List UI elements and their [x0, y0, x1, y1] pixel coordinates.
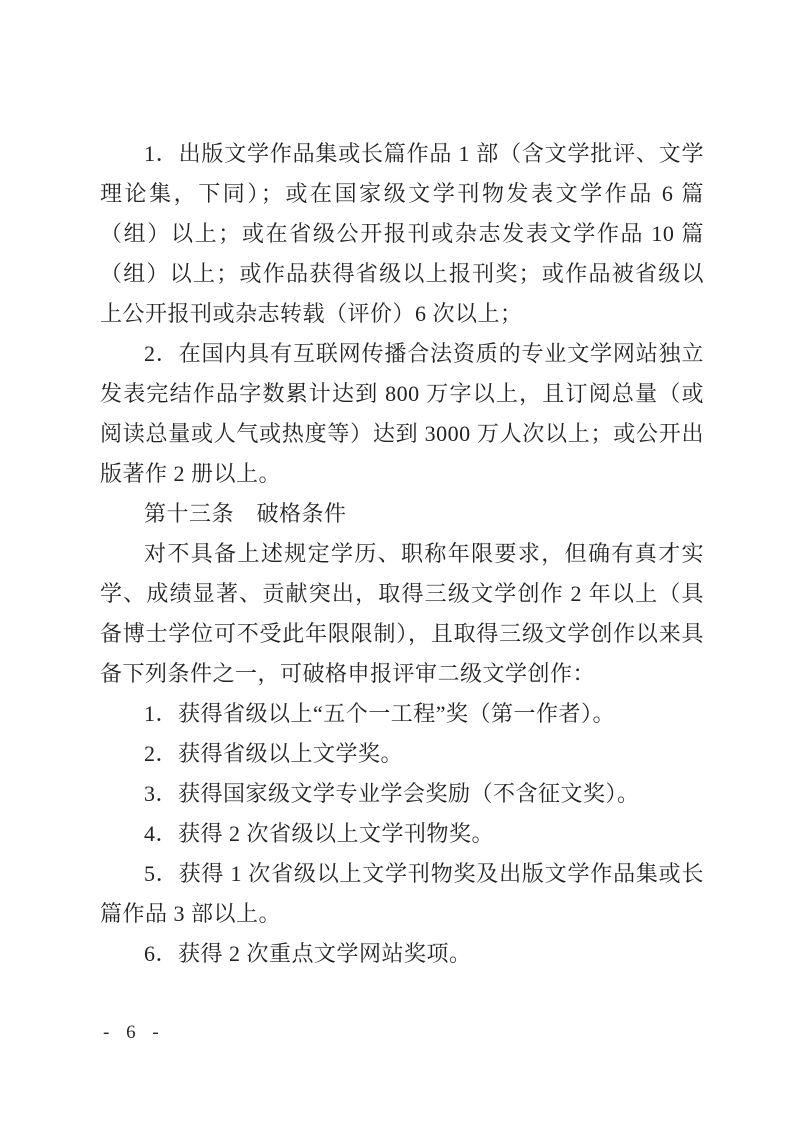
page-number: - 6 - [103, 1022, 165, 1044]
exception-condition-item-6: 6．获得 2 次重点文学网站奖项。 [100, 934, 704, 974]
exception-condition-item-1: 1．获得省级以上“五个一工程”奖（第一作者）。 [100, 694, 704, 734]
article-13-heading: 第十三条 破格条件 [100, 494, 704, 534]
document-body: 1．出版文学作品集或长篇作品 1 部（含文学批评、文学理论集，下同）；或在国家级… [100, 134, 704, 974]
exception-condition-item-4: 4．获得 2 次省级以上文学刊物奖。 [100, 814, 704, 854]
exception-condition-item-2: 2．获得省级以上文学奖。 [100, 734, 704, 774]
exception-intro-paragraph: 对不具备上述规定学历、职称年限要求，但确有真才实学、成绩显著、贡献突出，取得三级… [100, 534, 704, 694]
exception-condition-item-3: 3．获得国家级文学专业学会奖励（不含征文奖）。 [100, 774, 704, 814]
exception-condition-item-5: 5．获得 1 次省级以上文学刊物奖及出版文学作品集或长篇作品 3 部以上。 [100, 854, 704, 934]
document-page: 1．出版文学作品集或长篇作品 1 部（含文学批评、文学理论集，下同）；或在国家级… [0, 0, 793, 1122]
publication-condition-paragraph-2: 2．在国内具有互联网传播合法资质的专业文学网站独立发表完结作品字数累计达到 80… [100, 334, 704, 494]
publication-condition-paragraph-1: 1．出版文学作品集或长篇作品 1 部（含文学批评、文学理论集，下同）；或在国家级… [100, 134, 704, 334]
